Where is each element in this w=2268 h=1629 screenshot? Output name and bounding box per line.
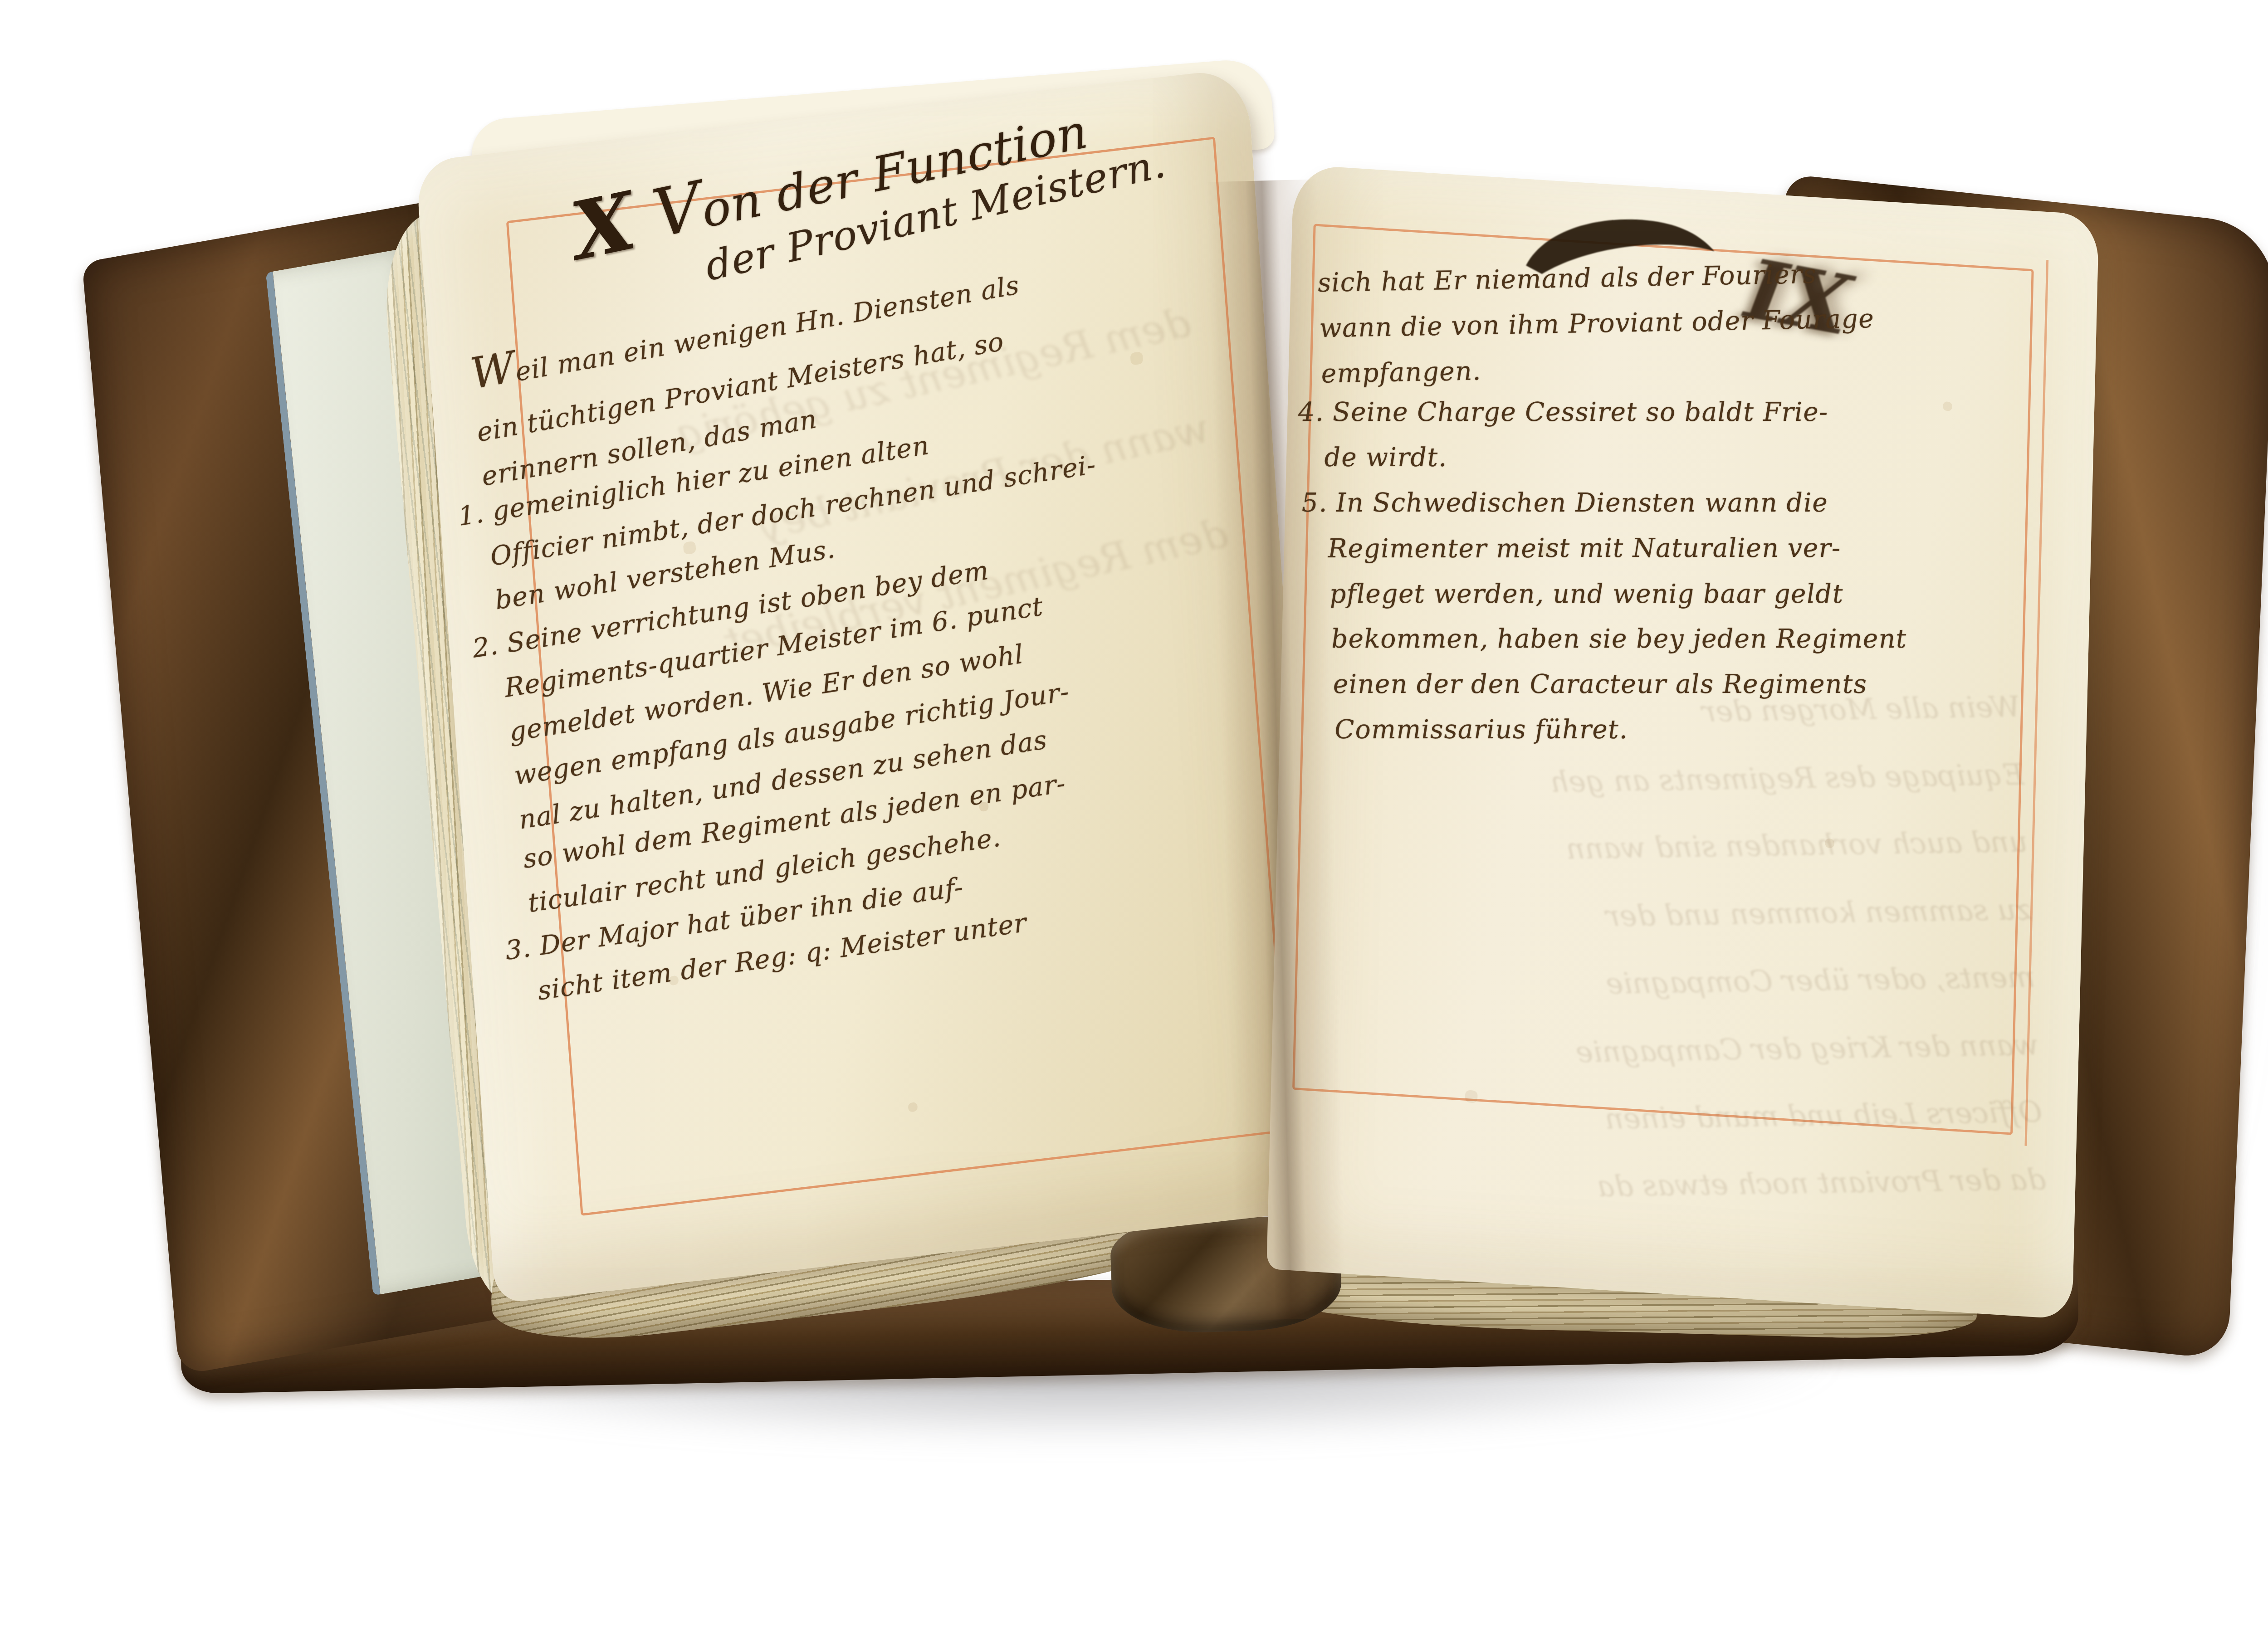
- ghost-line: und auch vorhanden sind wann: [1320, 809, 2029, 888]
- ghost-line: ments, oder über Compagnie: [1327, 944, 2036, 1023]
- chapter-numeral: X: [572, 184, 634, 315]
- ghost-line: zu sammen kommen und der: [1324, 876, 2033, 955]
- photo-canvas: dem Regiment zu gehörig wann der Provian…: [0, 0, 2268, 1628]
- ghost-line: wann der Krieg der Campagnie: [1331, 1011, 2040, 1090]
- manuscript-line: bekommen, haben sie bey jeden Regiment: [1330, 616, 2090, 662]
- left-page: dem Regiment zu gehörig wann der Provian…: [415, 67, 1326, 1304]
- ghost-line: Equipage des Regiments an geh: [1316, 741, 2025, 820]
- ghost-line: Wein alle Morgen der: [1313, 673, 2022, 752]
- manuscript-line: Regimenter meist mit Naturalien ver-: [1327, 526, 2087, 571]
- manuscript-line: pfleget werden, und wenig baar geldt: [1329, 571, 2088, 616]
- left-page-text: X Von der Function der Proviant Meistern…: [439, 82, 1296, 1019]
- ghost-line: Officers Leib und mund einen: [1334, 1079, 2043, 1158]
- ghost-line: da der Proviant noch etwas da: [1339, 1146, 2048, 1225]
- manuscript-line: de wirdt.: [1323, 435, 2083, 480]
- manuscript-line: 5. In Schwedischen Diensten wann die: [1300, 480, 2085, 526]
- manuscript-line: 4. Seine Charge Cessiret so baldt Frie-: [1297, 390, 2081, 435]
- left-page-body: Weil man ein wenigen Hn. Diensten als ei…: [466, 215, 1293, 1017]
- right-page: IX sich hat Er niemand als der Fouriers …: [1266, 165, 2099, 1320]
- ghost-bleedthrough-right: Wein alle Morgen der Equipage des Regime…: [1313, 673, 2047, 1225]
